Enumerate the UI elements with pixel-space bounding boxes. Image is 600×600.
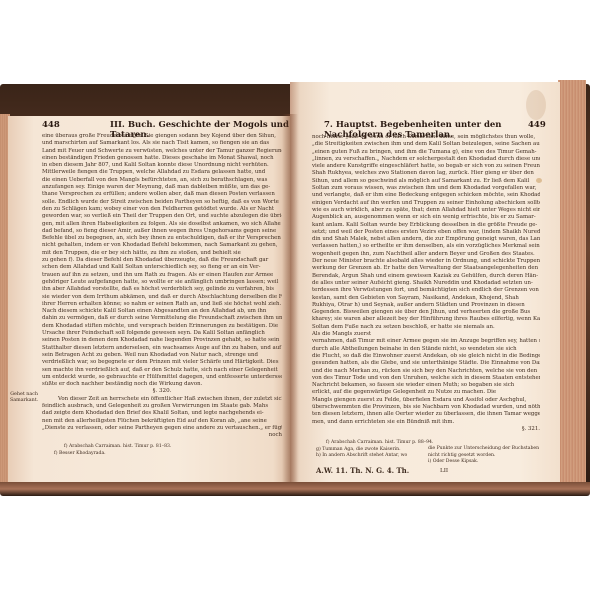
paper-stain <box>526 90 546 120</box>
paper-stain <box>536 178 542 183</box>
right-body-text: noch hinzu: „daß er, wenn er nach Samark… <box>312 134 540 433</box>
text-line: thane Versprechen zu erfüllen; andere wo… <box>42 191 282 198</box>
text-line: erlickt, auf die gegenwärtige Gelegenhei… <box>312 389 540 396</box>
text-line: Statthalter diesen letztern anderselsen,… <box>42 345 282 352</box>
text-line: men, und dann errichteten sie ein Bündni… <box>312 419 540 426</box>
text-line: solle. Endlich wurde der Streit zwischen… <box>42 199 282 206</box>
left-page: 448 III. Buch. Geschichte der Mogols und… <box>8 116 290 484</box>
margin-note: Gehet nach Samarkant. <box>10 392 38 404</box>
footnote: h) In andern Abschrift stehet Antar, wo <box>316 453 426 460</box>
text-line: dahin zu vermögen, daß er durch seine Ve… <box>42 315 282 322</box>
text-line: „die Streitigkeiten zwischen ihm und dem… <box>312 141 540 148</box>
text-line: de alles unter seiner Aufsicht gieng. Sh… <box>312 280 540 287</box>
text-line: süßte er doch nachher beständig noch die… <box>42 381 282 388</box>
text-line: „linnen, zu verschaffen.„ Nachdem er sol… <box>312 156 540 163</box>
text-line: ihn aber Allahdad vorstellte, daß es höc… <box>42 286 282 293</box>
text-line: nicht gehalten, indem er von Khodadad Be… <box>42 242 282 249</box>
text-line: Ursache ihrer Feindschaft soll folgende … <box>42 330 282 337</box>
right-running-head: 7. Hauptst. Begebenheiten unter den Nach… <box>290 82 560 96</box>
text-line: „Dienste zu verlassen, oder seine Parthe… <box>42 425 282 432</box>
text-line: Der neue Minister brachte alsobald alles… <box>312 258 540 265</box>
text-line: din und Shah Malek, nebst allen andern, … <box>312 236 540 243</box>
text-line: gesunden hatten, als die Glebe, und sie … <box>312 360 540 367</box>
left-footnotes: f) Arabschah Carraiman. hist. Timur p. 8… <box>54 444 274 457</box>
text-line: Nach diesem schickte Kalil Soltan einen … <box>42 308 282 315</box>
text-line: einigen Verdacht auf ihn werfen und Trup… <box>312 200 540 207</box>
text-line: Als die Mangls zuerst <box>312 331 540 338</box>
text-line: in eben diesem Jahr 807, und Kalil Solta… <box>42 162 282 169</box>
right-page: 7. Hauptst. Begebenheiten unter den Nach… <box>290 82 560 482</box>
text-line: sen machte ihn verdrießlich auf, daß er … <box>42 367 282 374</box>
section-mark-321: §. 321. <box>312 426 540 433</box>
text-line: werkung der Grenzen ab. Er hatte den Ver… <box>312 265 540 272</box>
text-line: die Flucht, so daß die Einwohner zuerst … <box>312 353 540 360</box>
text-line: kharey; sie waren aber allezeit bey der … <box>312 316 540 323</box>
text-line: dem Khodadad stiften möchte, und verspra… <box>42 323 282 330</box>
text-line: Rukhiya, Otrar h) und Seynak, außer ande… <box>312 302 540 309</box>
printer-signature: A.W. 11. Th. N. G. 4. Th. <box>316 466 409 475</box>
signature-mark: LII <box>440 468 448 474</box>
text-line: setzt; und weil der Posten eines ersten … <box>312 229 540 236</box>
footnote: f) Besser Khodayrada. <box>54 451 274 458</box>
text-line: sein Betragen Acht zu geben. Weil nun Kh… <box>42 352 282 359</box>
book-bottom-edge <box>0 482 590 496</box>
text-line: und marschirten auf Samarkant los. Als s… <box>42 140 282 147</box>
text-line: sie wieder von dem Irrthum abkämen, und … <box>42 294 282 301</box>
text-line: Shah Rukhyea, welches zwo Stationen davo… <box>312 170 540 177</box>
page-number-left: 448 <box>42 120 60 130</box>
text-line: trauen auf ihn zu setzen, und ihn um Rat… <box>42 272 282 279</box>
text-line: Befehle übel zu begegnen, an, sich bey i… <box>42 235 282 242</box>
text-line: verdrießlich war, so begegnete er dem Pr… <box>42 359 282 366</box>
left-body-text: eine überaus große Freude bezeigte. Sie … <box>42 133 282 439</box>
catchword: noch <box>42 432 282 439</box>
text-line: Soltan dem Fuße nach zu setzen beschloß,… <box>312 324 540 331</box>
footnote: i) Oder Desse Kipsak. <box>428 459 540 466</box>
text-line: wogenheit gegen ihn, zum Nachtheil aller… <box>312 251 540 258</box>
text-line: Augenblick an, ausgenommen wenn er sich … <box>312 214 540 221</box>
text-line: seinen Posten in denen dem Khodadad nahe… <box>42 337 282 344</box>
text-line: „einen guten Fuß zu bringen, und ihm die… <box>312 149 540 156</box>
right-page-edges <box>558 80 586 484</box>
text-line: verlassen hatten,) so ertheilte er ihm d… <box>312 243 540 250</box>
text-line: Soltan zum voraus wissen, was zwischen i… <box>312 185 540 192</box>
text-line: geworden war, so verließ ein Theil der T… <box>42 213 282 220</box>
text-line: viele andere Kunstgriffe eingeschläfert … <box>312 163 540 170</box>
text-line: zu gehen f). Da dieser Befehl den Khodad… <box>42 257 282 264</box>
page-number-right: 449 <box>528 120 546 130</box>
text-line: Gegenden. Bisweilen giengen sie über den… <box>312 309 540 316</box>
text-line: anzufangen sey. Einige waren der Meynung… <box>42 184 282 191</box>
text-line: überschwemmten die Provinzen, bis sie Na… <box>312 404 540 411</box>
right-footnotes-col2: die Punkte zur Unterscheidung der Buchst… <box>428 446 540 466</box>
text-line: mit den Truppen, die er bey sich hätte, … <box>42 250 282 257</box>
footnote: f) Arabschah Carraiman. hist. Timur p. 8… <box>316 440 426 447</box>
text-line: Nachricht bekamen, so fassen sie wieder … <box>312 382 540 389</box>
text-line: Von dieser Zeit an herrschete ein öffent… <box>42 396 282 403</box>
text-line: ihrer Herren erhalten könne; so nahm er … <box>42 301 282 308</box>
text-line: noch hinzu: „daß er, wenn er nach Samark… <box>312 134 540 141</box>
text-line: Mangls giengen zuerst zu Felde, überfiel… <box>312 397 540 404</box>
book-gutter <box>282 114 298 486</box>
text-line: durch alle Abtheilungen beinahe in den S… <box>312 346 540 353</box>
text-line: dad befand, so fieng dieser Amir, außer … <box>42 228 282 235</box>
section-mark-320: §. 320. <box>42 388 282 395</box>
right-footnotes-col1: f) Arabschah Carraiman. hist. Timur p. 8… <box>316 440 426 460</box>
text-line: die einen Ueberfall von den Mangls befür… <box>42 177 282 184</box>
text-line: vernahmen, daß Timur mit einer Armee geg… <box>312 338 540 345</box>
text-line: Berendak, Argun Shah und einem gewissen … <box>312 273 540 280</box>
text-line: schen dem Allahdad und Kalil Soltan unte… <box>42 264 282 271</box>
text-line: dad zeigte dem Khodadad den Brief des Kh… <box>42 410 282 417</box>
text-line: ten diesen letztern, ihnen alle Oerter w… <box>312 411 540 418</box>
footnote: die Punkte zur Unterscheidung der Buchst… <box>428 446 540 453</box>
text-line: einen beständigen Frieden genossen hatte… <box>42 155 282 162</box>
text-line: gehöriger Leute aufgefangen hatte, so wo… <box>42 279 282 286</box>
text-line: und verlangte, daß er ihm eine Bedeckung… <box>312 192 540 199</box>
open-book: 448 III. Buch. Geschichte der Mogols und… <box>0 84 600 496</box>
text-line: terdessen ihre Verwüstungen fort, und be… <box>312 287 540 294</box>
text-line: Land mit Feuer und Schwerte zu verwüsten… <box>42 148 282 155</box>
text-line: Sihun, und allem so geschwind als möglic… <box>312 178 540 185</box>
text-line: eine überaus große Freude bezeigte. Sie … <box>42 133 282 140</box>
text-line: Mittlerweile fiengen die Truppen, welche… <box>42 169 282 176</box>
text-line: gen, mit allen ihren Habseligkeiten zu f… <box>42 221 282 228</box>
text-line: kestan, samt den Gebieten von Sayram, Na… <box>312 295 540 302</box>
text-line: wie es auch wirklich, aber zu späte, tha… <box>312 207 540 214</box>
left-running-head: 448 III. Buch. Geschichte der Mogols und… <box>8 116 290 130</box>
text-line: und die nach Merkan zu, rücken sie sich … <box>312 368 540 375</box>
text-line: kant anlam. Kalil Soltan wurde bey Erbli… <box>312 222 540 229</box>
text-line: feindlich ausbrach, und Gelegenheit zu g… <box>42 403 282 410</box>
text-line: von des Timur Tode und von den Unruhen, … <box>312 375 540 382</box>
text-line: um entdeckt wurde, so gebrauchte er Hülf… <box>42 374 282 381</box>
text-line: nen mit den allerheiligsten Flüchen bekr… <box>42 418 282 425</box>
text-line: den zu Schlägen kam; wobey einer von den… <box>42 206 282 213</box>
